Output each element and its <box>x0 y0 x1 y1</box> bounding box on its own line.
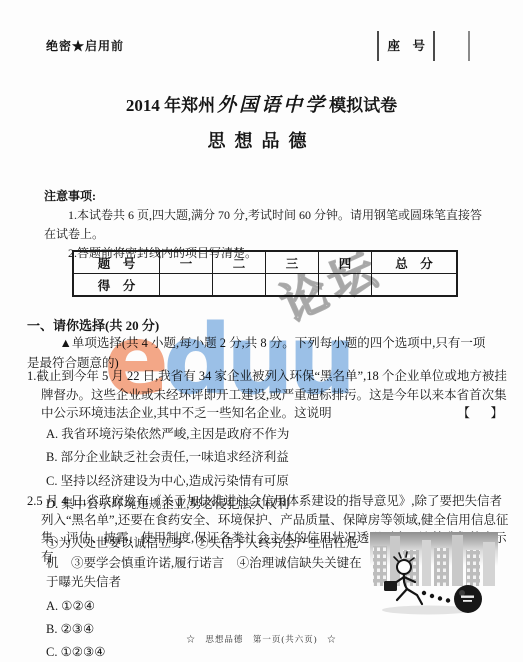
score-table-header-cell: 一 <box>160 251 213 274</box>
exam-title-suffix: 模拟试卷 <box>329 96 397 115</box>
briefcase-icon <box>384 581 397 591</box>
question-1: 1.截止到今年 5 月 22 日,我省有 34 家企业被列入环保“黑名单”,18… <box>27 367 511 423</box>
question-1-text: 1.截止到今年 5 月 22 日,我省有 34 家企业被列入环保“黑名单”,18… <box>27 369 507 420</box>
score-cell <box>372 274 458 297</box>
score-cell <box>213 274 266 297</box>
subject-title: 思想品德 <box>0 127 523 153</box>
exam-title: 2014 年郑州外国语中学模拟试卷 <box>0 90 523 117</box>
score-row-label: 得 分 <box>73 274 160 297</box>
option-b: B. 部分企业缺乏社会责任,一味追求经济利益 <box>46 446 289 469</box>
seat-number-cell <box>435 31 470 61</box>
notice-heading: 注意事项: <box>44 187 485 206</box>
score-table-header-cell: 四 <box>319 251 372 274</box>
score-table-header-cell: 总 分 <box>372 251 458 274</box>
score-table-header-row: 题 号 一 二 三 四 总 分 <box>73 251 457 274</box>
seat-number-box: 座 号 <box>377 31 470 61</box>
score-cell <box>319 274 372 297</box>
score-table-header-cell: 二 <box>213 251 266 274</box>
score-table-header-cell: 三 <box>266 251 319 274</box>
chain-icon <box>422 591 450 603</box>
section-title: 一、请你选择(共 20 分) <box>27 315 159 334</box>
page-footer: ☆ 思想品德 第一页(共六页) ☆ <box>0 633 523 645</box>
ball-and-chain-cartoon <box>370 532 498 620</box>
seat-number-label: 座 号 <box>377 31 435 61</box>
option-c: C. 坚持以经济建设为中心,造成污染情有可原 <box>46 470 289 493</box>
option-a: A. 我省环境污染依然严峻,主因是政府不作为 <box>46 423 289 446</box>
secrecy-label: 绝密★启用前 <box>46 37 124 54</box>
exam-title-prefix: 2014 年郑州 <box>126 96 215 115</box>
exam-paper-page: 绝密★启用前 座 号 2014 年郑州外国语中学模拟试卷 思想品德 注意事项: … <box>0 0 523 662</box>
score-table: 题 号 一 二 三 四 总 分 得 分 <box>72 250 458 297</box>
score-table-score-row: 得 分 <box>73 274 457 297</box>
blacklist-ball-icon <box>454 585 482 613</box>
score-table-header-cell: 题 号 <box>73 251 160 274</box>
school-name: 外国语中学 <box>215 95 329 116</box>
answer-bracket: 【 】 <box>457 404 507 423</box>
score-cell <box>160 274 213 297</box>
score-cell <box>266 274 319 297</box>
notice-item: 1.本试卷共 6 页,四大题,满分 70 分,考试时间 60 分钟。请用钢笔或圆… <box>44 206 485 244</box>
